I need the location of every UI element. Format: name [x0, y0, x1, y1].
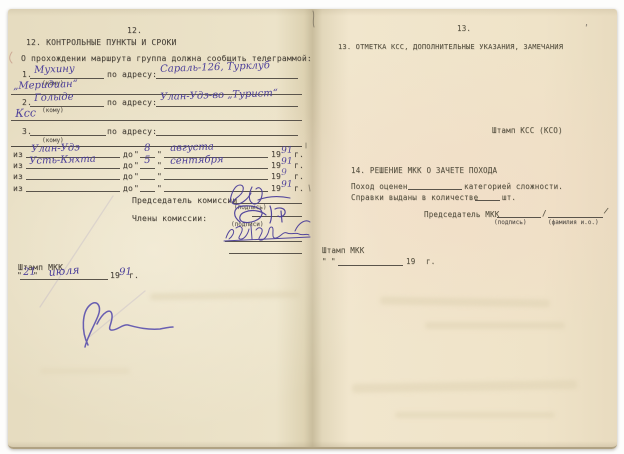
stamp-kss-label: Штамп КСС (КСО) — [492, 126, 563, 135]
date-g-label-left: г. — [129, 271, 139, 280]
g-label-2: г. — [294, 161, 304, 170]
sht-label: шт. — [502, 193, 516, 202]
spravki-label: Справки выданы в количестве — [351, 193, 478, 202]
quote-close-3: " — [157, 172, 162, 181]
stamp-mkk-label-right: Штамп МКК — [322, 246, 364, 255]
month-2-handwriting: сентября — [170, 154, 224, 167]
mkk-podpis-caption: (подпись) — [494, 219, 527, 226]
section-14-heading: 14. РЕШЕНИЕ МКК О ЗАЧЕТЕ ПОХОДА — [351, 166, 497, 175]
kss-handwriting: Ксс — [15, 106, 36, 120]
podpisi-caption: (подписи) — [231, 221, 264, 228]
left-section-heading: 12. КОНТРОЛЬНЫЕ ПУНКТЫ И СРОКИ — [26, 38, 177, 47]
blank-line-recipient-3 — [30, 135, 106, 136]
mkk-surname-caption: (фамилия и.о.) — [548, 219, 599, 226]
blank-line-day-4 — [140, 191, 155, 192]
blank-line-from-2 — [26, 168, 120, 169]
pen-tick-mark: ’ — [584, 23, 589, 32]
quote-open-2: " — [134, 161, 139, 170]
g-label-3: г. — [294, 172, 304, 181]
do-label-2: до — [123, 161, 133, 170]
meridian-handwriting: „Меридиан“ — [13, 79, 78, 92]
year-4-handwriting: 91 — [281, 180, 293, 190]
iz-label-3: из — [13, 172, 23, 181]
members-commission-label: Члены комиссии: — [132, 214, 207, 223]
chairman-mkk-label: Председатель МКК — [424, 210, 499, 219]
blank-line-day-3 — [140, 179, 155, 180]
blank-line-day-2 — [140, 168, 155, 169]
date-g-label-right: г. — [426, 257, 435, 266]
iz-label-4: из — [13, 184, 23, 193]
day-1-handwriting: 8 — [144, 143, 151, 154]
scanned-route-booklet-spread: 12. 12. КОНТРОЛЬНЫЕ ПУНКТЫ И СРОКИ О про… — [0, 0, 624, 454]
member-signature-line-1 — [252, 216, 302, 217]
from-2-handwriting: Усть-Кяхта — [29, 154, 96, 167]
year-printed-2: 19 — [271, 161, 281, 170]
bleed-through-smudge — [40, 368, 130, 374]
blank-line-full-2 — [11, 120, 302, 121]
blank-line-from-4 — [26, 191, 120, 192]
year-printed-4: 19 — [271, 184, 281, 193]
category-blank-line — [408, 189, 462, 190]
blank-line-month-4 — [164, 191, 268, 192]
member-signature-line-2 — [225, 241, 302, 242]
g-label-4: г. — [294, 184, 304, 193]
bleed-through-smudge — [425, 322, 565, 329]
day-2-handwriting: 5 — [144, 155, 151, 166]
slash-separator: / — [542, 209, 547, 218]
do-label-1: до — [123, 150, 133, 159]
year-3-handwriting: 9 — [281, 168, 287, 178]
mkk-surname-blank-line — [548, 217, 603, 218]
blank-line-month-3 — [164, 179, 268, 180]
blank-line-from-3 — [26, 179, 120, 180]
iz-label-2: из — [13, 161, 23, 170]
quote-close-4: " — [157, 184, 162, 193]
quote-open-3: " — [134, 172, 139, 181]
date-quote-open-right: " — [322, 257, 327, 266]
podpis-caption: (подпись) — [234, 204, 267, 211]
spravki-count-blank-line — [475, 200, 500, 201]
date-blank-line-left — [20, 279, 108, 280]
pohod-ocenen-label: Поход оценен — [351, 182, 408, 191]
address-label-1: по адресу: — [107, 70, 157, 79]
g-label-1: г. — [294, 150, 304, 159]
year-printed-1: 19 — [271, 150, 281, 159]
quote-close-1: " — [157, 150, 162, 159]
chairman-commission-label: Председатель комиссии — [132, 196, 237, 205]
blank-line-address-1 — [156, 78, 298, 79]
blank-line-address-3 — [156, 135, 298, 136]
quote-open-1: " — [134, 150, 139, 159]
bleed-through-smudge — [395, 412, 555, 418]
year-2-handwriting: 91 — [281, 157, 293, 167]
blank-line-address-2 — [156, 106, 298, 107]
address-label-2: по адресу: — [107, 98, 157, 107]
komu-caption-2: (кому) — [42, 107, 64, 114]
blank-line-month-2 — [164, 168, 268, 169]
category-suffix-label: категорией сложности. — [464, 182, 563, 191]
do-label-4: до — [123, 184, 133, 193]
iz-label-1: из — [13, 150, 23, 159]
date-blank-line-right — [338, 265, 403, 266]
mkk-signature-blank-line — [497, 217, 541, 218]
left-page-number: 12. — [127, 26, 142, 35]
right-section-heading: 13. ОТМЕТКА КСС, ДОПОЛНИТЕЛЬНЫЕ УКАЗАНИЯ… — [338, 43, 563, 51]
do-label-3: до — [123, 172, 133, 181]
recipient-1-handwriting: Мухину — [34, 64, 75, 76]
year-1-handwriting: 91 — [281, 146, 293, 156]
date-month-handwriting: июля — [48, 263, 80, 279]
right-page-number: 13. — [457, 24, 471, 33]
from-1-handwriting: Улан-Удэ — [31, 142, 80, 155]
date-quote-close-right: " — [331, 257, 336, 266]
member-signature-line-3 — [229, 253, 302, 254]
date-year-printed-right: 19 — [406, 257, 415, 266]
recipient-2-handwriting: Голыде — [34, 92, 74, 104]
address-label-3: по адресу: — [107, 127, 157, 136]
quote-close-2: " — [157, 161, 162, 170]
year-printed-3: 19 — [271, 172, 281, 181]
quote-open-4: " — [134, 184, 139, 193]
month-1-handwriting: августа — [170, 141, 214, 154]
